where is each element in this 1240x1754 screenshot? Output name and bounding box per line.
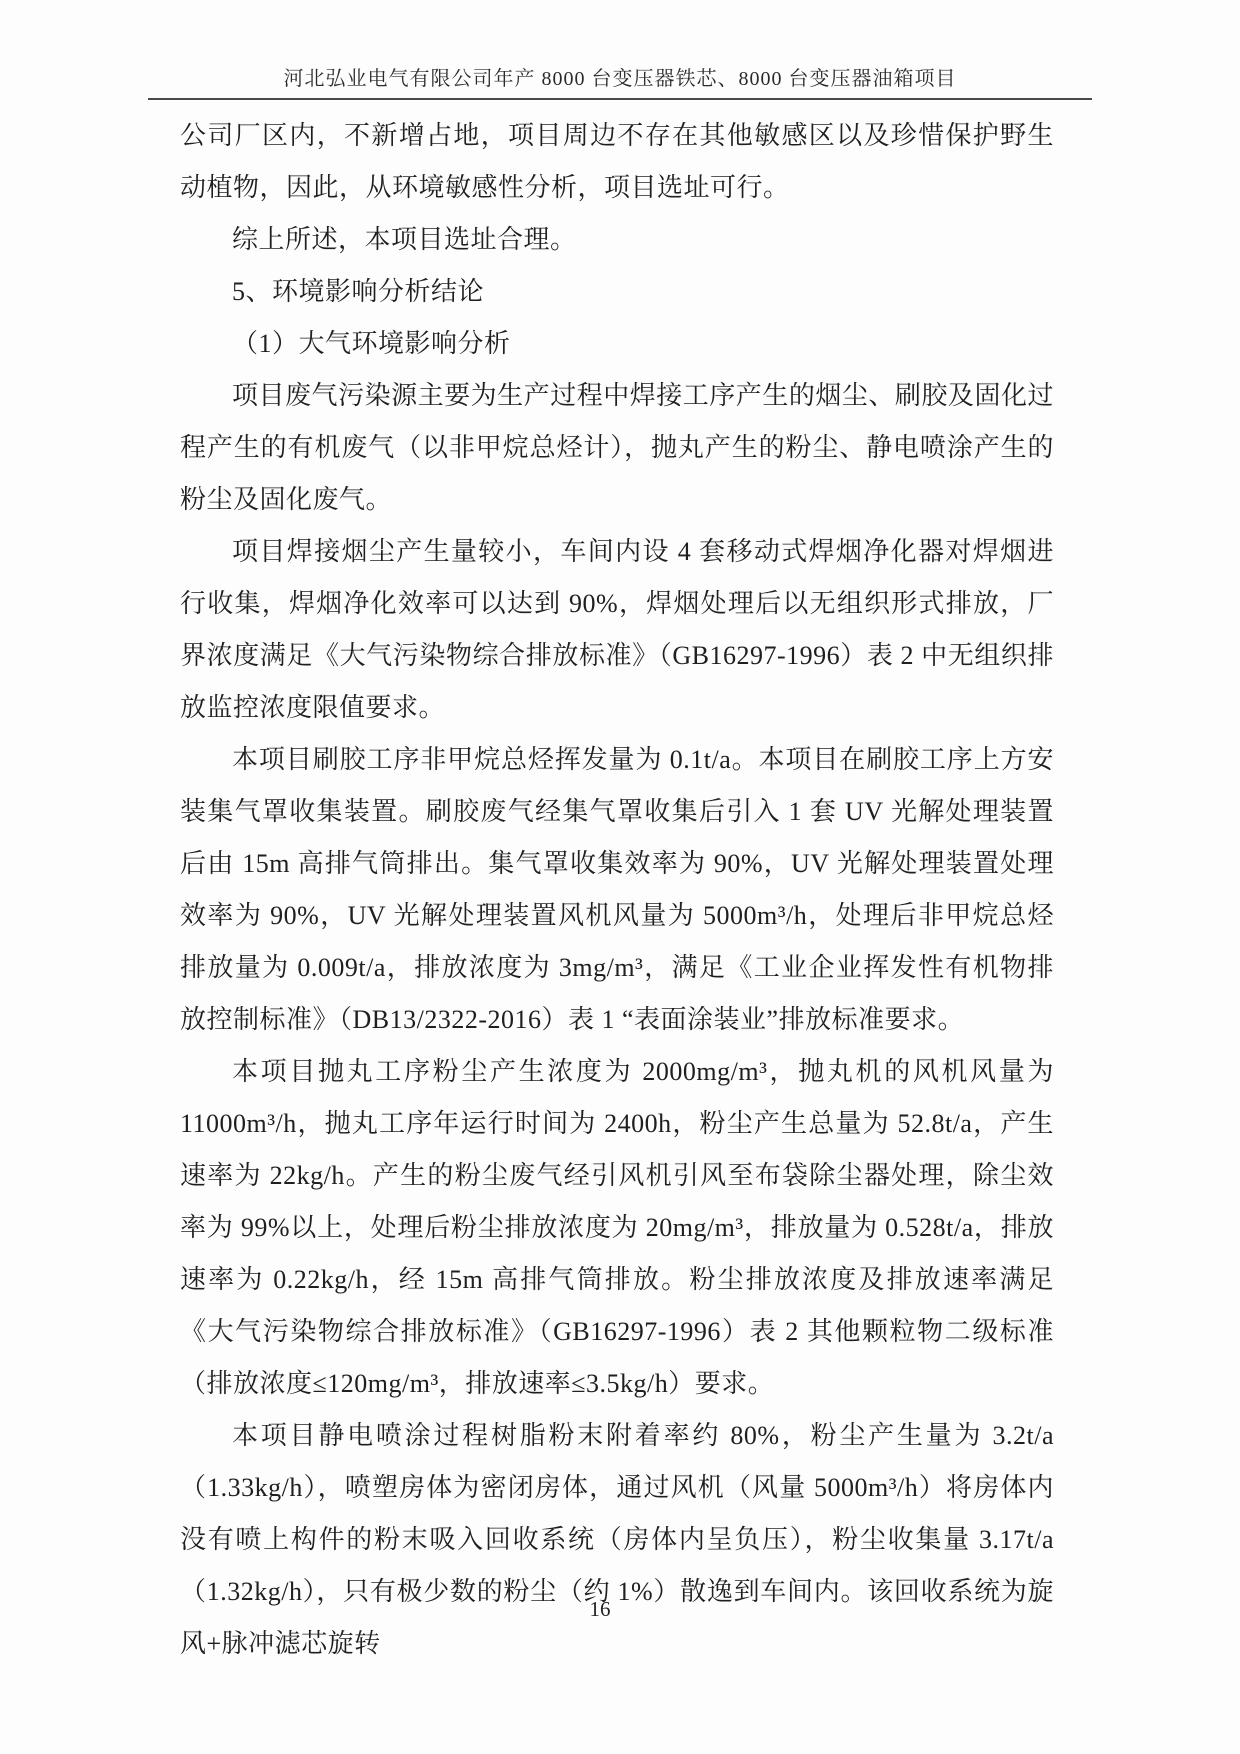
page-number: 16 bbox=[590, 1597, 611, 1621]
page-header: 河北弘业电气有限公司年产 8000 台变压器铁芯、8000 台变压器油箱项目 bbox=[148, 62, 1092, 100]
header-title: 河北弘业电气有限公司年产 8000 台变压器铁芯、8000 台变压器油箱项目 bbox=[148, 62, 1092, 91]
page-footer: 16 bbox=[0, 1597, 1200, 1622]
document-page: 河北弘业电气有限公司年产 8000 台变压器铁芯、8000 台变压器油箱项目 公… bbox=[0, 0, 1240, 1754]
document-body: 公司厂区内，不新增占地，项目周边不存在其他敏感区以及珍惜保护野生动植物，因此，从… bbox=[180, 110, 1054, 1670]
paragraph: 项目废气污染源主要为生产过程中焊接工序产生的烟尘、刷胶及固化过程产生的有机废气（… bbox=[180, 370, 1054, 526]
header-divider bbox=[148, 98, 1092, 100]
paragraph: 本项目抛丸工序粉尘产生浓度为 2000mg/m³，抛丸机的风机风量为 11000… bbox=[180, 1046, 1054, 1410]
paragraph: 本项目刷胶工序非甲烷总烃挥发量为 0.1t/a。本项目在刷胶工序上方安装集气罩收… bbox=[180, 734, 1054, 1046]
paragraph: 本项目静电喷涂过程树脂粉末附着率约 80%，粉尘产生量为 3.2t/a（1.33… bbox=[180, 1410, 1054, 1670]
paragraph: 5、环境影响分析结论 bbox=[180, 266, 1054, 318]
paragraph: 项目焊接烟尘产生量较小，车间内设 4 套移动式焊烟净化器对焊烟进行收集，焊烟净化… bbox=[180, 526, 1054, 734]
paragraph: 综上所述，本项目选址合理。 bbox=[180, 214, 1054, 266]
paragraph: 公司厂区内，不新增占地，项目周边不存在其他敏感区以及珍惜保护野生动植物，因此，从… bbox=[180, 110, 1054, 214]
paragraph: （1）大气环境影响分析 bbox=[180, 318, 1054, 370]
